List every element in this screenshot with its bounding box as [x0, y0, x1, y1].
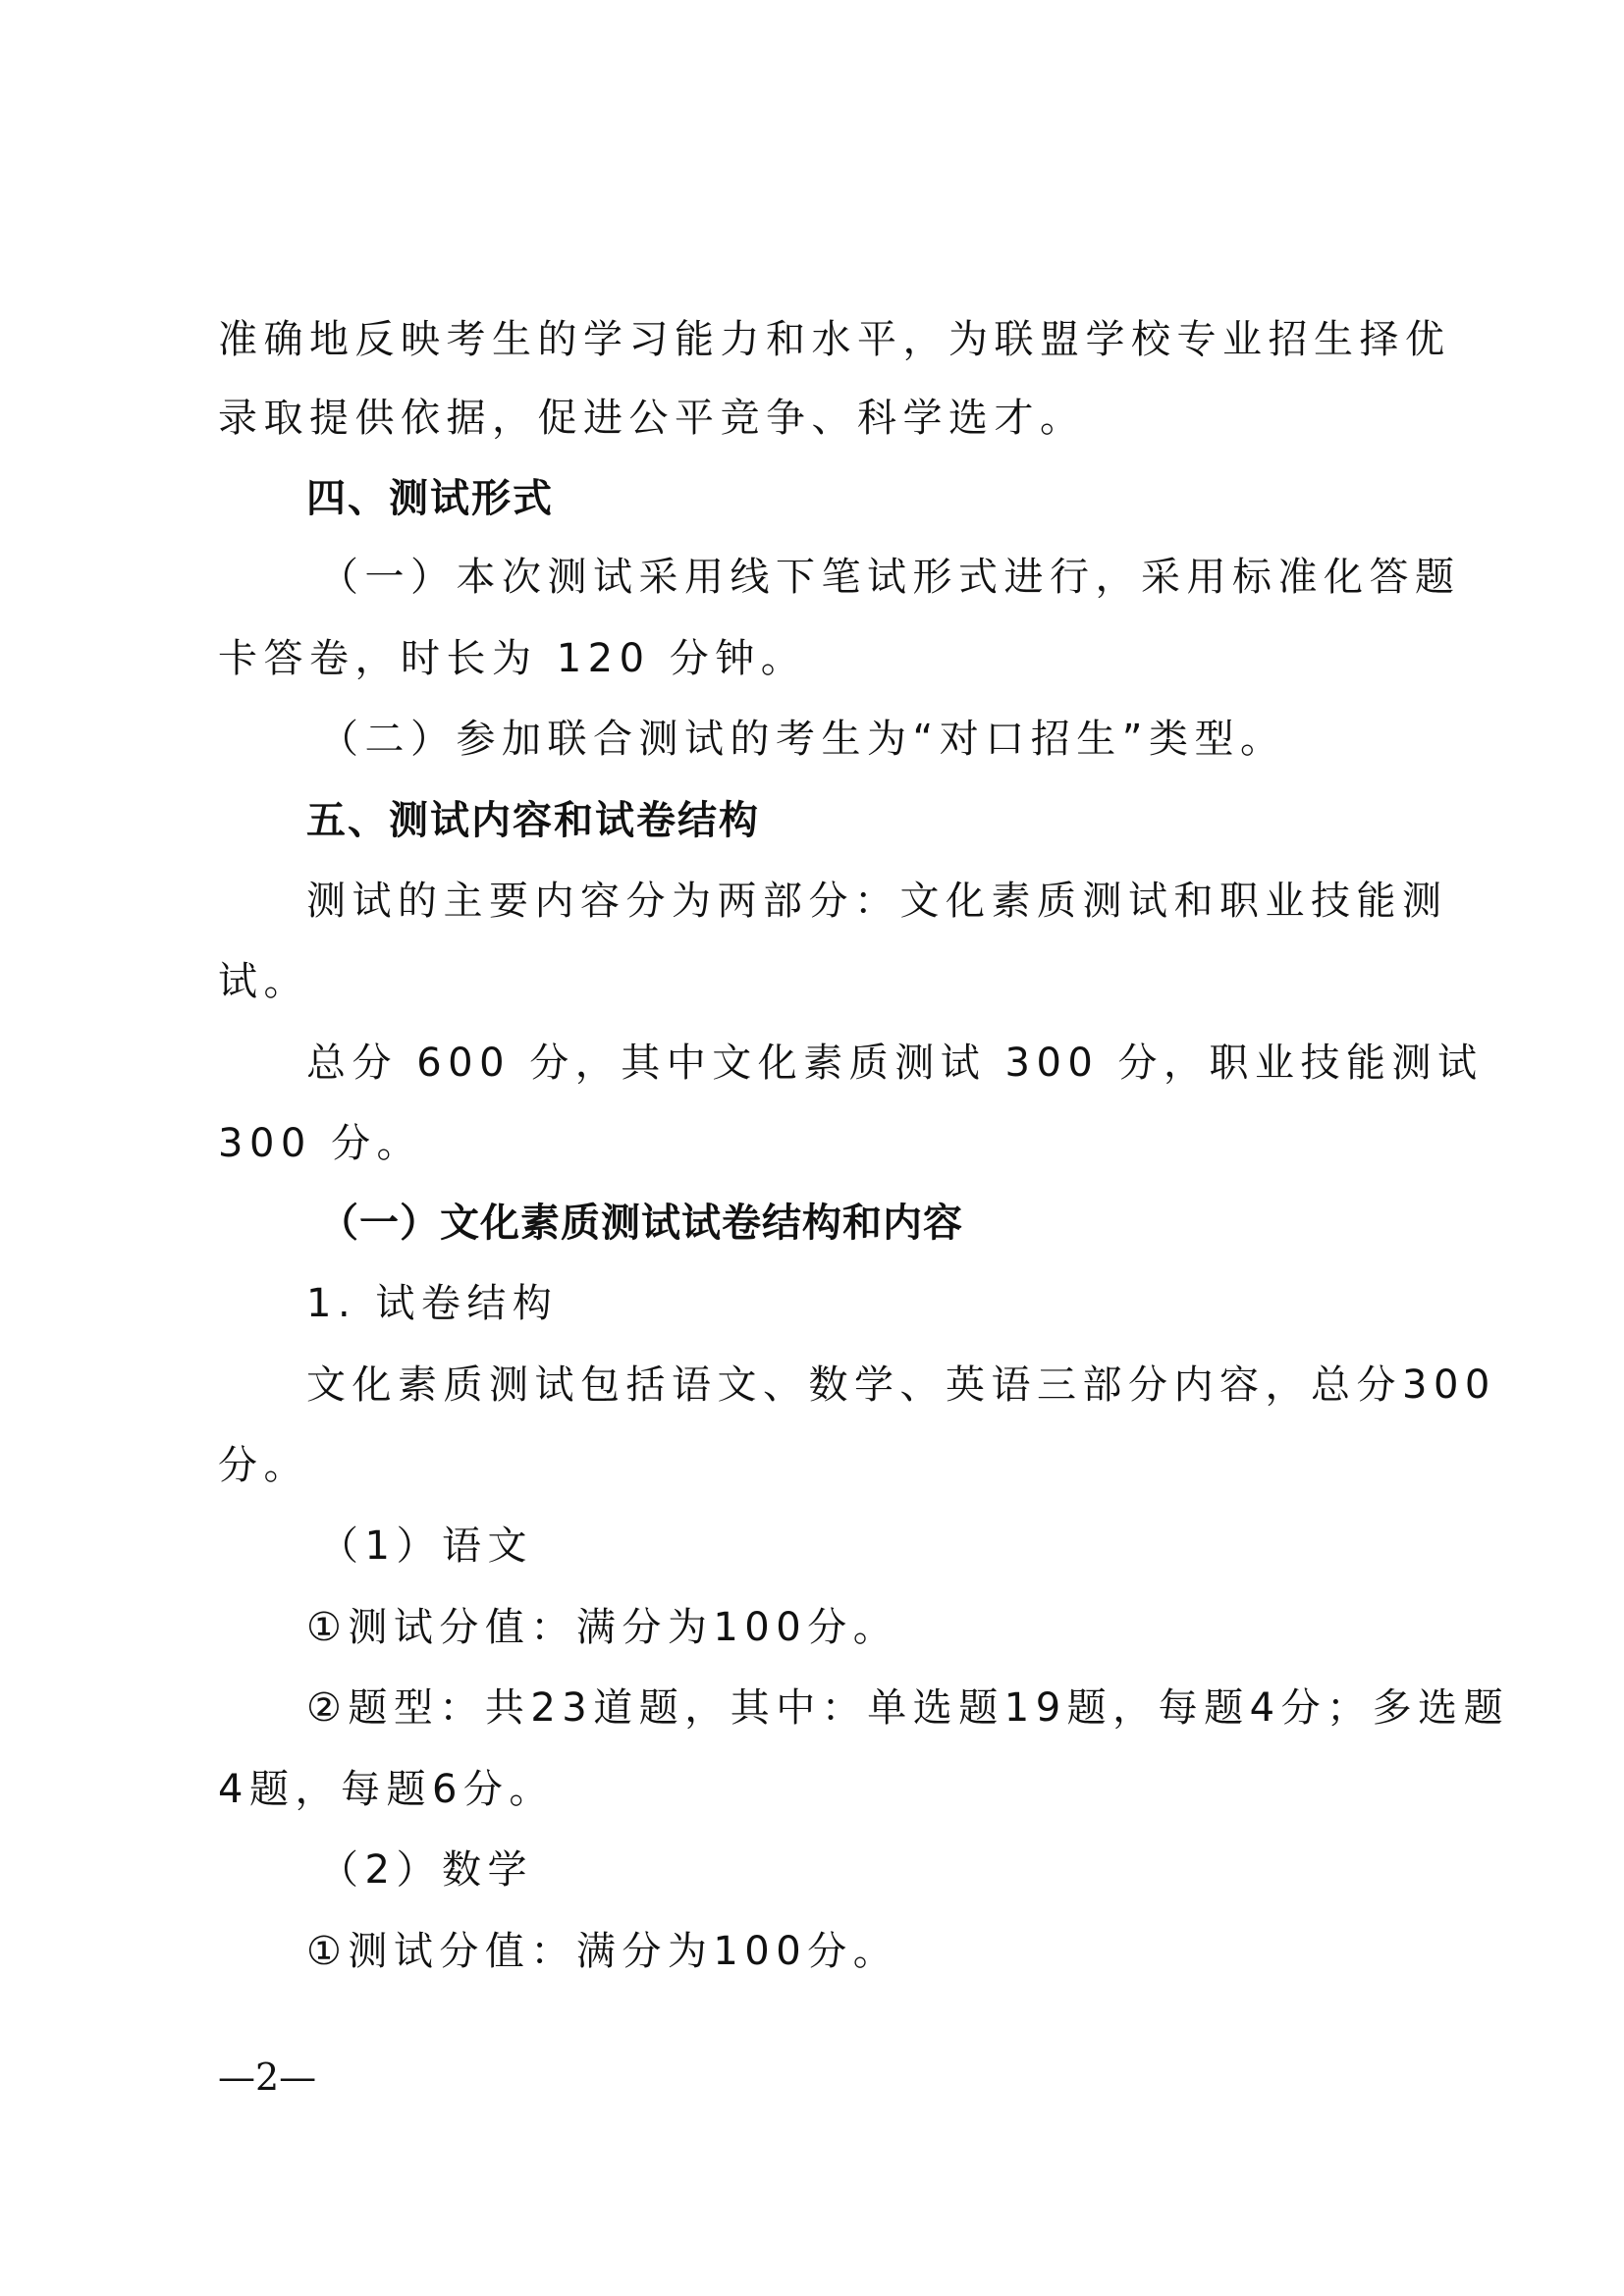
item-heading-math: （2）数学 — [319, 1842, 1537, 1897]
paragraph-line: 文化素质测试包括语文、数学、英语三部分内容，总分300 — [306, 1358, 1435, 1413]
paragraph-line: （一）本次测试采用线下笔试形式进行，采用标准化答题 — [319, 550, 1435, 605]
paragraph-line: ①测试分值：满分为100分。 — [306, 1600, 1524, 1655]
page-number: —2— — [218, 2054, 316, 2101]
subsection-heading-cultural-quality: （一）文化素质测试试卷结构和内容 — [319, 1196, 1537, 1251]
document-page: 准确地反映考生的学习能力和水平，为联盟学校专业招生择优 录取提供依据，促进公平竞… — [0, 0, 1624, 2296]
paragraph-line: 1. 试卷结构 — [306, 1276, 1524, 1331]
paragraph-line: 300 分。 — [218, 1116, 1435, 1171]
section-heading-test-content: 五、测试内容和试卷结构 — [306, 793, 1524, 848]
item-heading-chinese: （1）语文 — [319, 1519, 1537, 1574]
paragraph-line: 卡答卷，时长为 120 分钟。 — [218, 631, 1435, 686]
paragraph-line: （二）参加联合测试的考生为“对口招生”类型。 — [319, 712, 1537, 767]
section-heading-test-format: 四、测试形式 — [306, 471, 1524, 526]
paragraph-line: 测试的主要内容分为两部分：文化素质测试和职业技能测 — [306, 874, 1435, 929]
paragraph-line: 录取提供依据，促进公平竞争、科学选才。 — [218, 391, 1435, 446]
paragraph-line: ②题型：共23道题，其中：单选题19题，每题4分；多选题 — [306, 1681, 1435, 1735]
paragraph-line: 试。 — [218, 954, 1435, 1009]
paragraph-line: 总分 600 分，其中文化素质测试 300 分，职业技能测试 — [306, 1036, 1435, 1091]
paragraph-line: 4题，每题6分。 — [218, 1762, 1435, 1817]
paragraph-line: 准确地反映考生的学习能力和水平，为联盟学校专业招生择优 — [218, 312, 1435, 367]
paragraph-line: 分。 — [218, 1438, 1435, 1493]
paragraph-line: ①测试分值：满分为100分。 — [306, 1924, 1524, 1979]
